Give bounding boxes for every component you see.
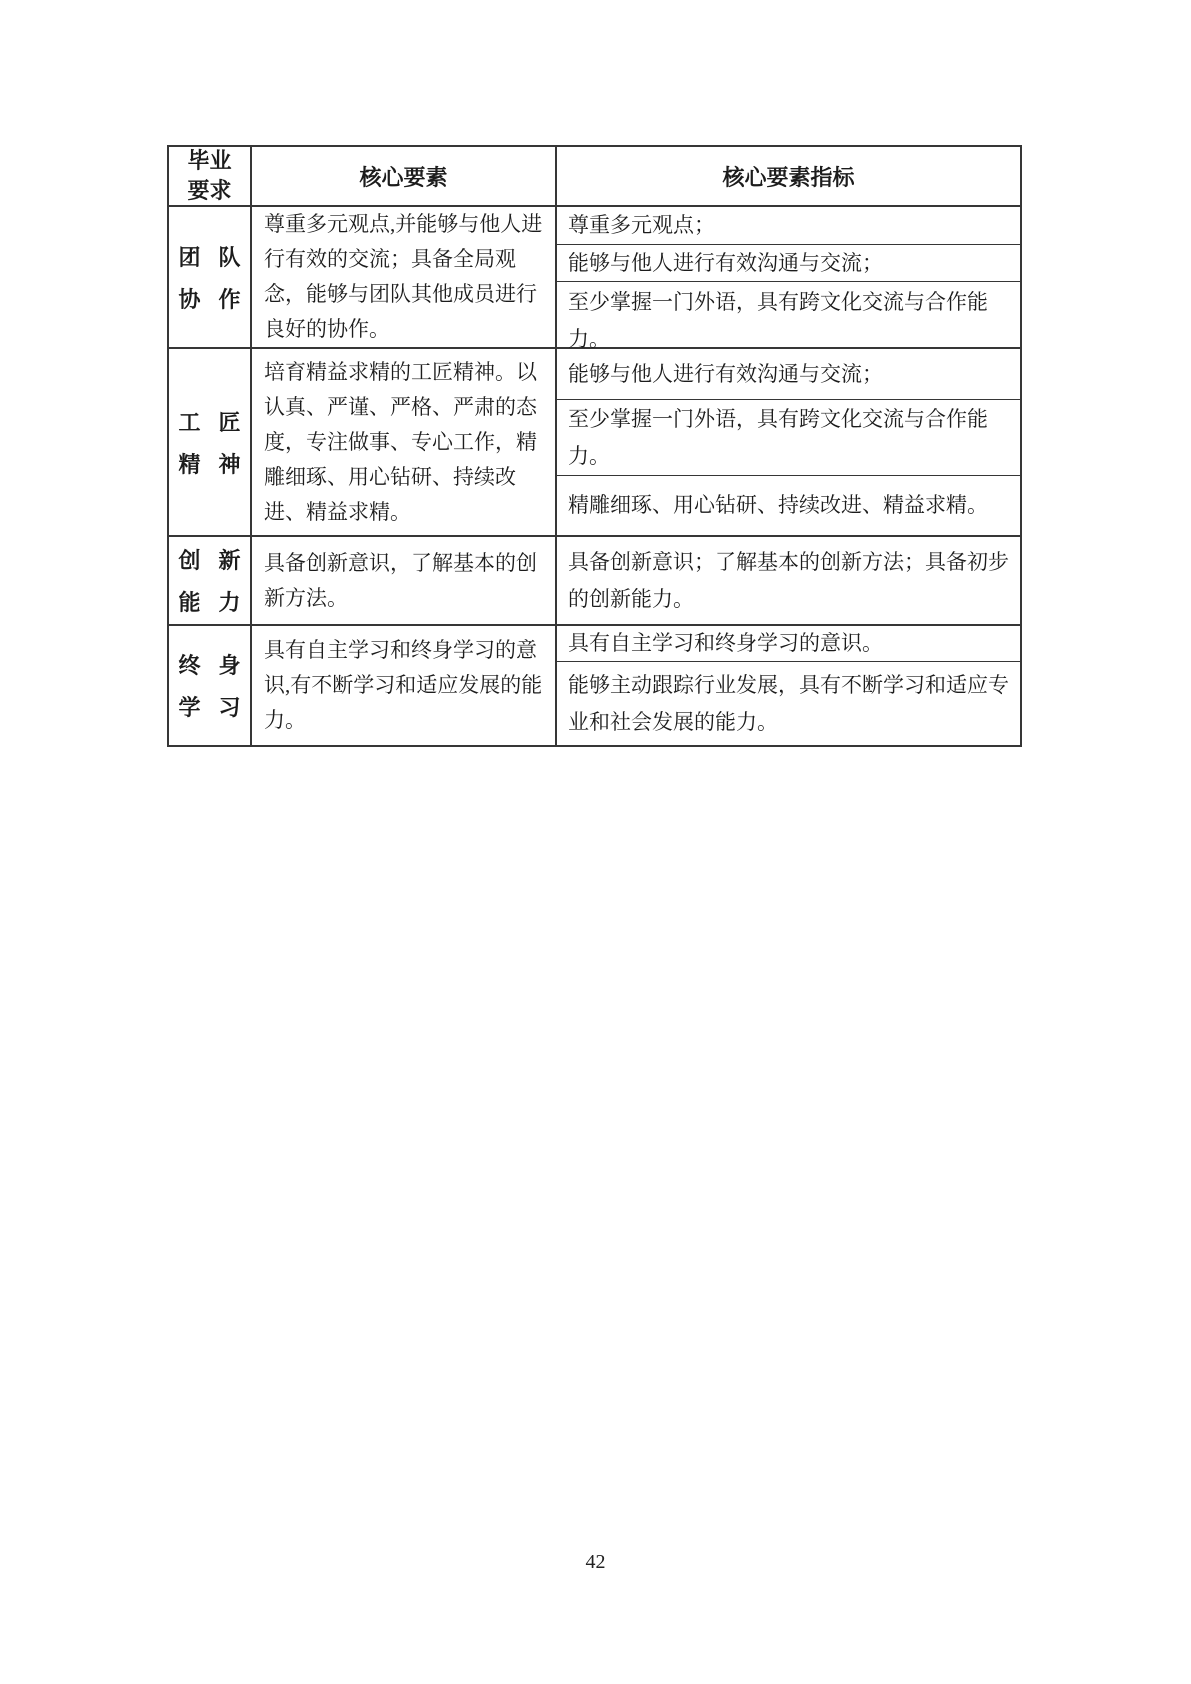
core-element-text: 具有自主学习和终身学习的意识,有不断学习和适应发展的能力。 [252,631,555,740]
requirement-label-line2: 协 作 [179,283,241,314]
core-element-cell-teamwork: 尊重多元观点,并能够与他人进行有效的交流；具备全局观念，能够与团队其他成员进行良… [252,207,557,347]
header-cell-requirement: 毕业 要求 [169,147,252,205]
requirement-label-line1: 创 新 [179,544,241,575]
core-element-cell-lifelong-learning: 具有自主学习和终身学习的意识,有不断学习和适应发展的能力。 [252,626,557,745]
indicator-item: 具有自主学习和终身学习的意识。 [557,626,1020,661]
indicator-item: 能够与他人进行有效沟通与交流； [557,349,1020,399]
header-cell-core-element-indicator: 核心要素指标 [557,147,1020,205]
indicator-cells-innovation: 具备创新意识；了解基本的创新方法；具备初步的创新能力。 [557,537,1020,624]
table-row-teamwork: 团 队 协 作 尊重多元观点,并能够与他人进行有效的交流；具备全局观念，能够与团… [169,205,1020,347]
core-element-text: 培育精益求精的工匠精神。以认真、严谨、严格、严肃的态度，专注做事、专心工作，精雕… [252,353,555,532]
header-cell-core-element: 核心要素 [252,147,557,205]
requirement-cell-craftsmanship: 工 匠 精 神 [169,349,252,535]
requirement-label-line1: 终 身 [179,649,241,680]
table-row-innovation: 创 新 能 力 具备创新意识，了解基本的创新方法。 具备创新意识；了解基本的创新… [169,535,1020,624]
indicator-cells-lifelong-learning: 具有自主学习和终身学习的意识。 能够主动跟踪行业发展，具有不断学习和适应专业和社… [557,626,1020,745]
table-header-row: 毕业 要求 核心要素 核心要素指标 [169,147,1020,205]
page-number: 42 [0,1551,1191,1574]
indicator-item: 尊重多元观点； [557,207,1020,244]
core-element-text: 具备创新意识，了解基本的创新方法。 [252,544,555,618]
indicator-item: 能够与他人进行有效沟通与交流； [557,244,1020,281]
requirement-label-line1: 工 匠 [179,406,241,437]
header-requirement-line1: 毕业 [187,147,231,175]
requirement-label-line2: 学 习 [179,691,241,722]
graduation-requirements-table: 毕业 要求 核心要素 核心要素指标 团 队 协 作 尊重多元观点,并能够与他人进… [167,145,1022,747]
header-requirement-line2: 要求 [187,177,231,205]
table-row-craftsmanship: 工 匠 精 神 培育精益求精的工匠精神。以认真、严谨、严格、严肃的态度，专注做事… [169,347,1020,535]
indicator-item: 精雕细琢、用心钻研、持续改进、精益求精。 [557,475,1020,535]
indicator-item: 至少掌握一门外语，具有跨文化交流与合作能力。 [557,399,1020,475]
requirement-cell-lifelong-learning: 终 身 学 习 [169,626,252,745]
table-row-lifelong-learning: 终 身 学 习 具有自主学习和终身学习的意识,有不断学习和适应发展的能力。 具有… [169,624,1020,745]
requirement-label-line2: 精 神 [179,448,241,479]
core-element-cell-innovation: 具备创新意识，了解基本的创新方法。 [252,537,557,624]
core-element-cell-craftsmanship: 培育精益求精的工匠精神。以认真、严谨、严格、严肃的态度，专注做事、专心工作，精雕… [252,349,557,535]
requirement-cell-innovation: 创 新 能 力 [169,537,252,624]
requirement-cell-teamwork: 团 队 协 作 [169,207,252,347]
requirement-label-line1: 团 队 [179,241,241,272]
requirement-label-line2: 能 力 [179,586,241,617]
indicator-cells-craftsmanship: 能够与他人进行有效沟通与交流； 至少掌握一门外语，具有跨文化交流与合作能力。 精… [557,349,1020,535]
core-element-text: 尊重多元观点,并能够与他人进行有效的交流；具备全局观念，能够与团队其他成员进行良… [252,205,555,349]
indicator-cells-teamwork: 尊重多元观点； 能够与他人进行有效沟通与交流； 至少掌握一门外语，具有跨文化交流… [557,207,1020,347]
indicator-item: 能够主动跟踪行业发展，具有不断学习和适应专业和社会发展的能力。 [557,661,1020,745]
indicator-item: 具备创新意识；了解基本的创新方法；具备初步的创新能力。 [557,537,1020,624]
